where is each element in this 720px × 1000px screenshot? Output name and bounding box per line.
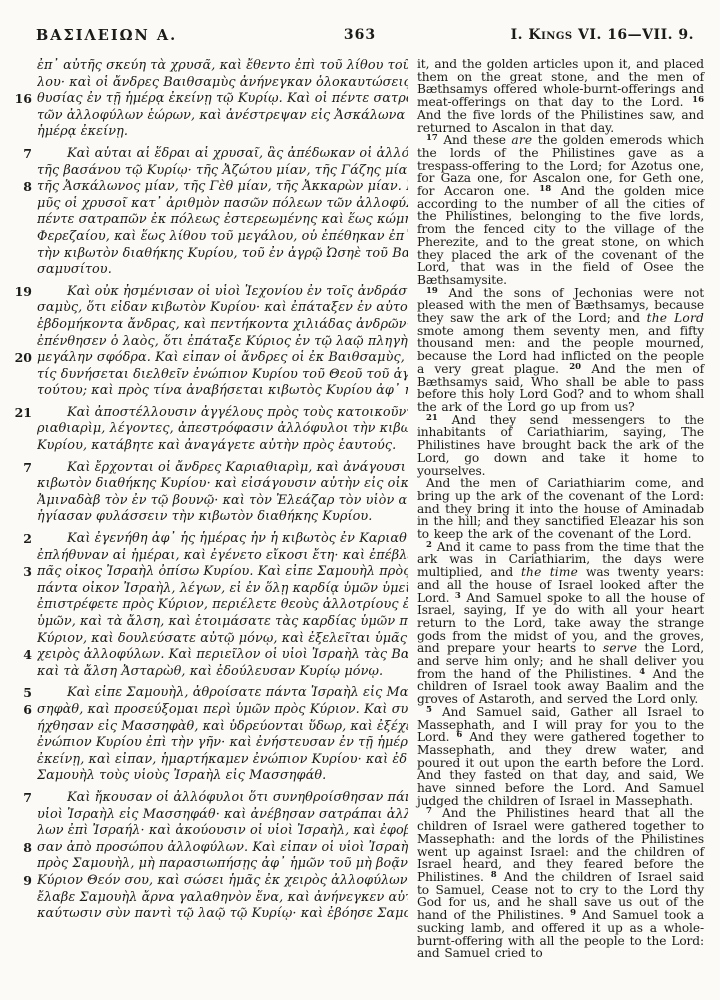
- greek-line-text: τῆς βασάνου τῷ Κυρίῳ· τῆς Ἀζώτου μίαν, τ…: [37, 163, 408, 180]
- header-right-ref: VI. 16—VII. 9.: [573, 27, 694, 43]
- greek-line-text: πέντε σατραπῶν ἐκ πόλεως ἐστερεωμένης κα…: [37, 212, 408, 229]
- greek-line-text: τῆς Ἀσκάλωνος μίαν, τῆς Γὲθ μίαν, τῆς Ἀκ…: [37, 179, 408, 196]
- greek-line: λων ἐπὶ Ἰσραήλ· καὶ ἀκούουσιν οἱ υἱοὶ Ἰσ…: [6, 823, 408, 840]
- greek-line-text: τὴν κιβωτὸν διαθήκης Κυρίου, τοῦ ἐν ἀγρῷ…: [37, 246, 408, 263]
- greek-verse-number: 7: [6, 146, 37, 163]
- greek-line: 4χειρὸς ἀλλοφύλων. Καὶ περιεῖλον οἱ υἱοὶ…: [6, 647, 408, 664]
- greek-line: ἐπ᾽ αὐτῆς σκεύη τὰ χρυσᾶ, καὶ ἔθεντο ἐπὶ…: [6, 58, 408, 75]
- greek-line-text: μεγάλην σφόδρα. Καὶ εἶπαν οἱ ἄνδρες οἱ ἐ…: [37, 350, 408, 367]
- greek-line-text: θυσίας ἐν τῇ ἡμέρᾳ ἐκείνῃ τῷ Κυρίῳ. Καὶ …: [37, 91, 408, 108]
- greek-line-text: Κύριον, καὶ δουλεύσατε αὐτῷ μόνῳ, καὶ ἐξ…: [37, 631, 408, 648]
- greek-verse-number: 8: [6, 179, 37, 196]
- greek-verse-number: [6, 334, 37, 351]
- greek-line-text: τῶν ἀλλοφύλων ἑώρων, καὶ ἀνέστρεψαν εἰς …: [37, 108, 408, 125]
- greek-line-text: ἐπιστρέφετε πρὸς Κύριον, περιέλετε θεοὺς…: [37, 597, 408, 614]
- greek-line-text: λων ἐπὶ Ἰσραήλ· καὶ ἀκούουσιν οἱ υἱοὶ Ἰσ…: [37, 823, 408, 840]
- verse-number-superscript: 4: [639, 667, 645, 677]
- greek-line: ὑμῶν, καὶ τὰ ἄλση, καὶ ἑτοιμάσατε τὰς κα…: [6, 614, 408, 631]
- greek-line-text: πάντα οἶκον Ἰσραὴλ, λέγων, εἰ ἐν ὅλῃ καρ…: [37, 581, 408, 598]
- greek-line: 8τῆς Ἀσκάλωνος μίαν, τῆς Γὲθ μίαν, τῆς Ἀ…: [6, 179, 408, 196]
- greek-line-text: Καὶ ἐγενήθη ἀφ᾽ ἧς ἡμέρας ἦν ἡ κιβωτὸς ἐ…: [37, 531, 408, 548]
- greek-line-text: ἐκείνῃ, καὶ εἶπαν, ἡμαρτήκαμεν ἐνώπιον Κ…: [37, 752, 408, 769]
- greek-line: σαμὺς, ὅτι εἶδαν κιβωτὸν Κυρίου· καὶ ἐπά…: [6, 300, 408, 317]
- greek-line: ἐκείνῃ, καὶ εἶπαν, ἡμαρτήκαμεν ἐνώπιον Κ…: [6, 752, 408, 769]
- greek-line-text: Καὶ οὐκ ἠσμένισαν οἱ υἱοὶ Ἰεχονίου ἐν το…: [37, 284, 408, 301]
- greek-line-text: σαν ἀπὸ προσώπου ἀλλοφύλων. Καὶ εἶπαν οἱ…: [37, 840, 408, 857]
- greek-line: 8σαν ἀπὸ προσώπου ἀλλοφύλων. Καὶ εἶπαν ο…: [6, 840, 408, 857]
- english-paragraph: 5 And Samuel said, Gather all Israel to …: [417, 706, 704, 808]
- greek-line: τῶν ἀλλοφύλων ἑώρων, καὶ ἀνέστρεψαν εἰς …: [6, 108, 408, 125]
- greek-line: Φερεζαίου, καὶ ἕως λίθου τοῦ μεγάλου, οὗ…: [6, 229, 408, 246]
- greek-line: καὶ τὰ ἄλση Ἀσταρὼθ, καὶ ἐδούλευσαν Κυρί…: [6, 664, 408, 681]
- greek-line-text: σαμυσίτου.: [37, 262, 408, 279]
- verse-number-superscript: 21: [426, 413, 438, 423]
- greek-line-text: ἐνώπιον Κυρίου ἐπὶ τὴν γῆν· καὶ ἐνήστευσ…: [37, 735, 408, 752]
- greek-line: 3πᾶς οἶκος Ἰσραὴλ ὀπίσω Κυρίου. Καὶ εἶπε…: [6, 564, 408, 581]
- greek-line: 2Καὶ ἐγενήθη ἀφ᾽ ἧς ἡμέρας ἦν ἡ κιβωτὸς …: [6, 531, 408, 548]
- greek-verse-number: 20: [6, 350, 37, 367]
- greek-verse-number: [6, 317, 37, 334]
- greek-verse-number: 16: [6, 91, 37, 108]
- greek-verse-number: [6, 212, 37, 229]
- greek-line-text: Κυρίου, κατάβητε καὶ ἀναγάγετε αὐτὴν πρὸ…: [37, 438, 408, 455]
- italic-text: the time: [521, 565, 578, 579]
- greek-verse-number: 19: [6, 284, 37, 301]
- greek-verse-number: [6, 476, 37, 493]
- greek-line: υἱοὶ Ἰσραὴλ εἰς Μασσηφάθ· καὶ ἀνέβησαν σ…: [6, 807, 408, 824]
- greek-line-text: πᾶς οἶκος Ἰσραὴλ ὀπίσω Κυρίου. Καὶ εἶπε …: [37, 564, 408, 581]
- greek-line: 9Κύριον Θεόν σου, καὶ σώσει ἡμᾶς ἐκ χειρ…: [6, 873, 408, 890]
- greek-verse-number: [6, 58, 37, 75]
- greek-line-text: Καὶ εἶπε Σαμουὴλ, ἀθροίσατε πάντα Ἰσραὴλ…: [37, 685, 408, 702]
- greek-line-text: κιβωτὸν διαθήκης Κυρίου· καὶ εἰσάγουσιν …: [37, 476, 408, 493]
- greek-line-text: λου· καὶ οἱ ἄνδρες Βαιθσαμὺς ἀνήνεγκαν ὁ…: [37, 75, 408, 92]
- greek-line: πρὸς Σαμουὴλ, μὴ παρασιωπήσῃς ἀφ᾽ ἡμῶν τ…: [6, 856, 408, 873]
- greek-line-text: καύτωσιν σὺν παντὶ τῷ λαῷ τῷ Κυρίῳ· καὶ …: [37, 906, 408, 923]
- greek-line-text: ἑβδομήκοντα ἄνδρας, καὶ πεντήκοντα χιλιά…: [37, 317, 408, 334]
- greek-line-text: Ἀμιναδὰβ τὸν ἐν τῷ βουνῷ· καὶ τὸν Ἐλεάζα…: [37, 493, 408, 510]
- greek-line: 19Καὶ οὐκ ἠσμένισαν οἱ υἱοὶ Ἰεχονίου ἐν …: [6, 284, 408, 301]
- greek-line: τούτου; καὶ πρὸς τίνα ἀναβήσεται κιβωτὸς…: [6, 383, 408, 400]
- greek-line: ἐπιστρέφετε πρὸς Κύριον, περιέλετε θεοὺς…: [6, 597, 408, 614]
- greek-line-text: ἡγίασαν φυλάσσειν τὴν κιβωτὸν διαθήκης Κ…: [37, 509, 408, 526]
- greek-verse-number: 9: [6, 873, 37, 890]
- english-paragraph: 17 And these are the golden emerods whic…: [417, 134, 704, 286]
- greek-line-text: πρὸς Σαμουὴλ, μὴ παρασιωπήσῃς ἀφ᾽ ἡμῶν τ…: [37, 856, 408, 873]
- header-book-name: Kings: [528, 27, 572, 43]
- greek-line: 7Καὶ ἔρχονται οἱ ἄνδρες Καριαθιαρὶμ, καὶ…: [6, 460, 408, 477]
- greek-line-text: Καὶ ἤκουσαν οἱ ἀλλόφυλοι ὅτι συνηθροίσθη…: [37, 790, 408, 807]
- greek-line: κιβωτὸν διαθήκης Κυρίου· καὶ εἰσάγουσιν …: [6, 476, 408, 493]
- greek-line: ἐνώπιον Κυρίου ἐπὶ τὴν γῆν· καὶ ἐνήστευσ…: [6, 735, 408, 752]
- greek-paragraph: 7Καὶ ἔρχονται οἱ ἄνδρες Καριαθιαρὶμ, καὶ…: [6, 460, 408, 526]
- greek-line-text: ἐπένθησεν ὁ λαὸς, ὅτι ἐπάταξε Κύριος ἐν …: [37, 334, 408, 351]
- greek-verse-number: [6, 509, 37, 526]
- greek-verse-number: [6, 229, 37, 246]
- greek-paragraph: 19Καὶ οὐκ ἠσμένισαν οἱ υἱοὶ Ἰεχονίου ἐν …: [6, 284, 408, 400]
- greek-line-text: σαμὺς, ὅτι εἶδαν κιβωτὸν Κυρίου· καὶ ἐπά…: [37, 300, 408, 317]
- greek-verse-number: [6, 262, 37, 279]
- greek-line-text: Καὶ αὗται αἱ ἕδραι αἱ χρυσαῖ, ἃς ἀπέδωκα…: [37, 146, 408, 163]
- text-columns: ἐπ᾽ αὐτῆς σκεύη τὰ χρυσᾶ, καὶ ἔθεντο ἐπὶ…: [0, 51, 720, 960]
- greek-verse-number: [6, 383, 37, 400]
- greek-verse-number: [6, 614, 37, 631]
- greek-paragraph: 7Καὶ αὗται αἱ ἕδραι αἱ χρυσαῖ, ἃς ἀπέδωκ…: [6, 146, 408, 279]
- verse-number-superscript: 16: [692, 95, 704, 105]
- english-paragraph: it, and the golden articles upon it, and…: [417, 58, 704, 134]
- greek-verse-number: [6, 631, 37, 648]
- greek-verse-number: [6, 856, 37, 873]
- verse-number-superscript: 6: [456, 730, 462, 740]
- greek-line-text: Καὶ ἔρχονται οἱ ἄνδρες Καριαθιαρὶμ, καὶ …: [37, 460, 408, 477]
- verse-number-superscript: 18: [539, 184, 551, 194]
- greek-paragraph: 21Καὶ ἀποστέλλουσιν ἀγγέλους πρὸς τοὺς κ…: [6, 405, 408, 455]
- greek-line: 5Καὶ εἶπε Σαμουὴλ, ἀθροίσατε πάντα Ἰσραὴ…: [6, 685, 408, 702]
- greek-line: 20μεγάλην σφόδρα. Καὶ εἶπαν οἱ ἄνδρες οἱ…: [6, 350, 408, 367]
- greek-line: πέντε σατραπῶν ἐκ πόλεως ἐστερεωμένης κα…: [6, 212, 408, 229]
- greek-verse-number: 3: [6, 564, 37, 581]
- greek-verse-number: [6, 124, 37, 141]
- english-paragraph: 19 And the sons of Jechonias were not pl…: [417, 287, 704, 414]
- greek-verse-number: [6, 719, 37, 736]
- greek-line: Κύριον, καὶ δουλεύσατε αὐτῷ μόνῳ, καὶ ἐξ…: [6, 631, 408, 648]
- verse-number-superscript: 7: [426, 806, 432, 816]
- verse-number-superscript: 9: [570, 908, 576, 918]
- greek-line-text: ἐπλήθυναν αἱ ἡμέραι, καὶ ἐγένετο εἴκοσι …: [37, 548, 408, 565]
- greek-verse-number: [6, 548, 37, 565]
- scanned-book-page: ΒΑΣΙΛΕΙΩΝ Α. 363 I. Kings VI. 16—VII. 9.…: [0, 0, 720, 1000]
- greek-verse-number: 8: [6, 840, 37, 857]
- greek-line-text: ἔλαβε Σαμουὴλ ἄρνα γαλαθηνὸν ἕνα, καὶ ἀν…: [37, 890, 408, 907]
- greek-line-text: Καὶ ἀποστέλλουσιν ἀγγέλους πρὸς τοὺς κατ…: [37, 405, 408, 422]
- greek-verse-number: 7: [6, 790, 37, 807]
- greek-verse-number: 7: [6, 460, 37, 477]
- greek-line-text: ήχθησαν εἰς Μασσηφὰθ, καὶ ὑδρεύονται ὕδω…: [37, 719, 408, 736]
- greek-verse-number: [6, 367, 37, 384]
- verse-number-superscript: 5: [426, 705, 432, 715]
- greek-line-text: μῦς οἱ χρυσοῖ κατ᾽ ἀριθμὸν πασῶν πόλεων …: [37, 196, 408, 213]
- english-paragraph: And the men of Cariathiarim come, and br…: [417, 477, 704, 541]
- english-paragraph: 21 And they send messengers to the inhab…: [417, 414, 704, 478]
- greek-verse-number: [6, 823, 37, 840]
- italic-text: are: [511, 133, 532, 147]
- greek-line-text: υἱοὶ Ἰσραὴλ εἰς Μασσηφάθ· καὶ ἀνέβησαν σ…: [37, 807, 408, 824]
- greek-line-text: τούτου; καὶ πρὸς τίνα ἀναβήσεται κιβωτὸς…: [37, 383, 408, 400]
- greek-verse-number: [6, 75, 37, 92]
- english-paragraph: 2 And it came to pass from the time that…: [417, 541, 704, 706]
- greek-line-text: ἡμέρᾳ ἐκείνῃ.: [37, 124, 408, 141]
- greek-verse-number: [6, 768, 37, 785]
- greek-line: Σαμουὴλ τοὺς υἱοὺς Ἰσραὴλ εἰς Μασσηφάθ.: [6, 768, 408, 785]
- greek-line: λου· καὶ οἱ ἄνδρες Βαιθσαμὺς ἀνήνεγκαν ὁ…: [6, 75, 408, 92]
- header-right-title: I. Kings VI. 16—VII. 9.: [511, 27, 694, 43]
- greek-line-text: ριαθιαρὶμ, λέγοντες, ἀπεστρόφασιν ἀλλόφυ…: [37, 421, 408, 438]
- greek-line: καύτωσιν σὺν παντὶ τῷ λαῷ τῷ Κυρίῳ· καὶ …: [6, 906, 408, 923]
- greek-verse-number: [6, 246, 37, 263]
- greek-verse-number: [6, 752, 37, 769]
- greek-verse-number: [6, 735, 37, 752]
- greek-verse-number: [6, 581, 37, 598]
- greek-line: ἑβδομήκοντα ἄνδρας, καὶ πεντήκοντα χιλιά…: [6, 317, 408, 334]
- greek-verse-number: [6, 108, 37, 125]
- greek-verse-number: [6, 196, 37, 213]
- italic-text: serve: [603, 641, 637, 655]
- verse-number-superscript: 19: [426, 286, 438, 296]
- english-text-column: it, and the golden articles upon it, and…: [417, 58, 704, 960]
- greek-line-text: τίς δυνήσεται διελθεῖν ἐνώπιον Κυρίου το…: [37, 367, 408, 384]
- greek-verse-number: 21: [6, 405, 37, 422]
- greek-verse-number: [6, 807, 37, 824]
- greek-verse-number: [6, 597, 37, 614]
- greek-verse-number: 6: [6, 702, 37, 719]
- greek-verse-number: [6, 163, 37, 180]
- greek-line: ριαθιαρὶμ, λέγοντες, ἀπεστρόφασιν ἀλλόφυ…: [6, 421, 408, 438]
- greek-verse-number: 2: [6, 531, 37, 548]
- greek-line-text: σηφὰθ, καὶ προσεύξομαι περὶ ὑμῶν πρὸς Κύ…: [37, 702, 408, 719]
- greek-line: 7Καὶ αὗται αἱ ἕδραι αἱ χρυσαῖ, ἃς ἀπέδωκ…: [6, 146, 408, 163]
- greek-paragraph: 5Καὶ εἶπε Σαμουὴλ, ἀθροίσατε πάντα Ἰσραὴ…: [6, 685, 408, 785]
- greek-line: ἡγίασαν φυλάσσειν τὴν κιβωτὸν διαθήκης Κ…: [6, 509, 408, 526]
- greek-line: 6σηφὰθ, καὶ προσεύξομαι περὶ ὑμῶν πρὸς Κ…: [6, 702, 408, 719]
- greek-line: ήχθησαν εἰς Μασσηφὰθ, καὶ ὑδρεύονται ὕδω…: [6, 719, 408, 736]
- verse-number-superscript: 20: [569, 362, 581, 372]
- greek-paragraph: 2Καὶ ἐγενήθη ἀφ᾽ ἧς ἡμέρας ἦν ἡ κιβωτὸς …: [6, 531, 408, 680]
- header-right-pre: I.: [511, 27, 529, 43]
- greek-verse-number: 4: [6, 647, 37, 664]
- greek-line-text: καὶ τὰ ἄλση Ἀσταρὼθ, καὶ ἐδούλευσαν Κυρί…: [37, 664, 408, 681]
- greek-text-column: ἐπ᾽ αὐτῆς σκεύη τὰ χρυσᾶ, καὶ ἔθεντο ἐπὶ…: [6, 58, 408, 928]
- english-paragraph: 7 And the Philistines heard that all the…: [417, 807, 704, 959]
- greek-line: τὴν κιβωτὸν διαθήκης Κυρίου, τοῦ ἐν ἀγρῷ…: [6, 246, 408, 263]
- greek-line: 21Καὶ ἀποστέλλουσιν ἀγγέλους πρὸς τοὺς κ…: [6, 405, 408, 422]
- greek-line-text: Σαμουὴλ τοὺς υἱοὺς Ἰσραὴλ εἰς Μασσηφάθ.: [37, 768, 408, 785]
- greek-verse-number: [6, 421, 37, 438]
- verse-number-superscript: 3: [455, 591, 461, 601]
- greek-line: τίς δυνήσεται διελθεῖν ἐνώπιον Κυρίου το…: [6, 367, 408, 384]
- greek-verse-number: [6, 906, 37, 923]
- greek-line: ἐπλήθυναν αἱ ἡμέραι, καὶ ἐγένετο εἴκοσι …: [6, 548, 408, 565]
- greek-line: 16θυσίας ἐν τῇ ἡμέρᾳ ἐκείνῃ τῷ Κυρίῳ. Κα…: [6, 91, 408, 108]
- greek-line-text: Φερεζαίου, καὶ ἕως λίθου τοῦ μεγάλου, οὗ…: [37, 229, 408, 246]
- greek-line-text: ὑμῶν, καὶ τὰ ἄλση, καὶ ἑτοιμάσατε τὰς κα…: [37, 614, 408, 631]
- greek-line-text: Κύριον Θεόν σου, καὶ σώσει ἡμᾶς ἐκ χειρὸ…: [37, 873, 408, 890]
- greek-line: πάντα οἶκον Ἰσραὴλ, λέγων, εἰ ἐν ὅλῃ καρ…: [6, 581, 408, 598]
- greek-verse-number: 5: [6, 685, 37, 702]
- greek-line: τῆς βασάνου τῷ Κυρίῳ· τῆς Ἀζώτου μίαν, τ…: [6, 163, 408, 180]
- greek-line: Κυρίου, κατάβητε καὶ ἀναγάγετε αὐτὴν πρὸ…: [6, 438, 408, 455]
- greek-verse-number: [6, 300, 37, 317]
- greek-line-text: ἐπ᾽ αὐτῆς σκεύη τὰ χρυσᾶ, καὶ ἔθεντο ἐπὶ…: [37, 58, 408, 75]
- greek-line: 7Καὶ ἤκουσαν οἱ ἀλλόφυλοι ὅτι συνηθροίσθ…: [6, 790, 408, 807]
- greek-paragraph: 7Καὶ ἤκουσαν οἱ ἀλλόφυλοι ὅτι συνηθροίσθ…: [6, 790, 408, 923]
- greek-verse-number: [6, 438, 37, 455]
- greek-verse-number: [6, 664, 37, 681]
- greek-verse-number: [6, 890, 37, 907]
- greek-line: Ἀμιναδὰβ τὸν ἐν τῷ βουνῷ· καὶ τὸν Ἐλεάζα…: [6, 493, 408, 510]
- italic-text: the Lord: [647, 311, 704, 325]
- verse-number-superscript: 8: [491, 870, 497, 880]
- running-header: ΒΑΣΙΛΕΙΩΝ Α. 363 I. Kings VI. 16—VII. 9.: [0, 0, 720, 51]
- greek-line: ἡμέρᾳ ἐκείνῃ.: [6, 124, 408, 141]
- greek-verse-number: [6, 493, 37, 510]
- greek-line-text: χειρὸς ἀλλοφύλων. Καὶ περιεῖλον οἱ υἱοὶ …: [37, 647, 408, 664]
- greek-line: ἐπένθησεν ὁ λαὸς, ὅτι ἐπάταξε Κύριος ἐν …: [6, 334, 408, 351]
- verse-number-superscript: 2: [426, 540, 432, 550]
- greek-line: σαμυσίτου.: [6, 262, 408, 279]
- verse-number-superscript: 17: [426, 133, 438, 143]
- greek-line: μῦς οἱ χρυσοῖ κατ᾽ ἀριθμὸν πασῶν πόλεων …: [6, 196, 408, 213]
- greek-paragraph: ἐπ᾽ αὐτῆς σκεύη τὰ χρυσᾶ, καὶ ἔθεντο ἐπὶ…: [6, 58, 408, 141]
- greek-line: ἔλαβε Σαμουὴλ ἄρνα γαλαθηνὸν ἕνα, καὶ ἀν…: [6, 890, 408, 907]
